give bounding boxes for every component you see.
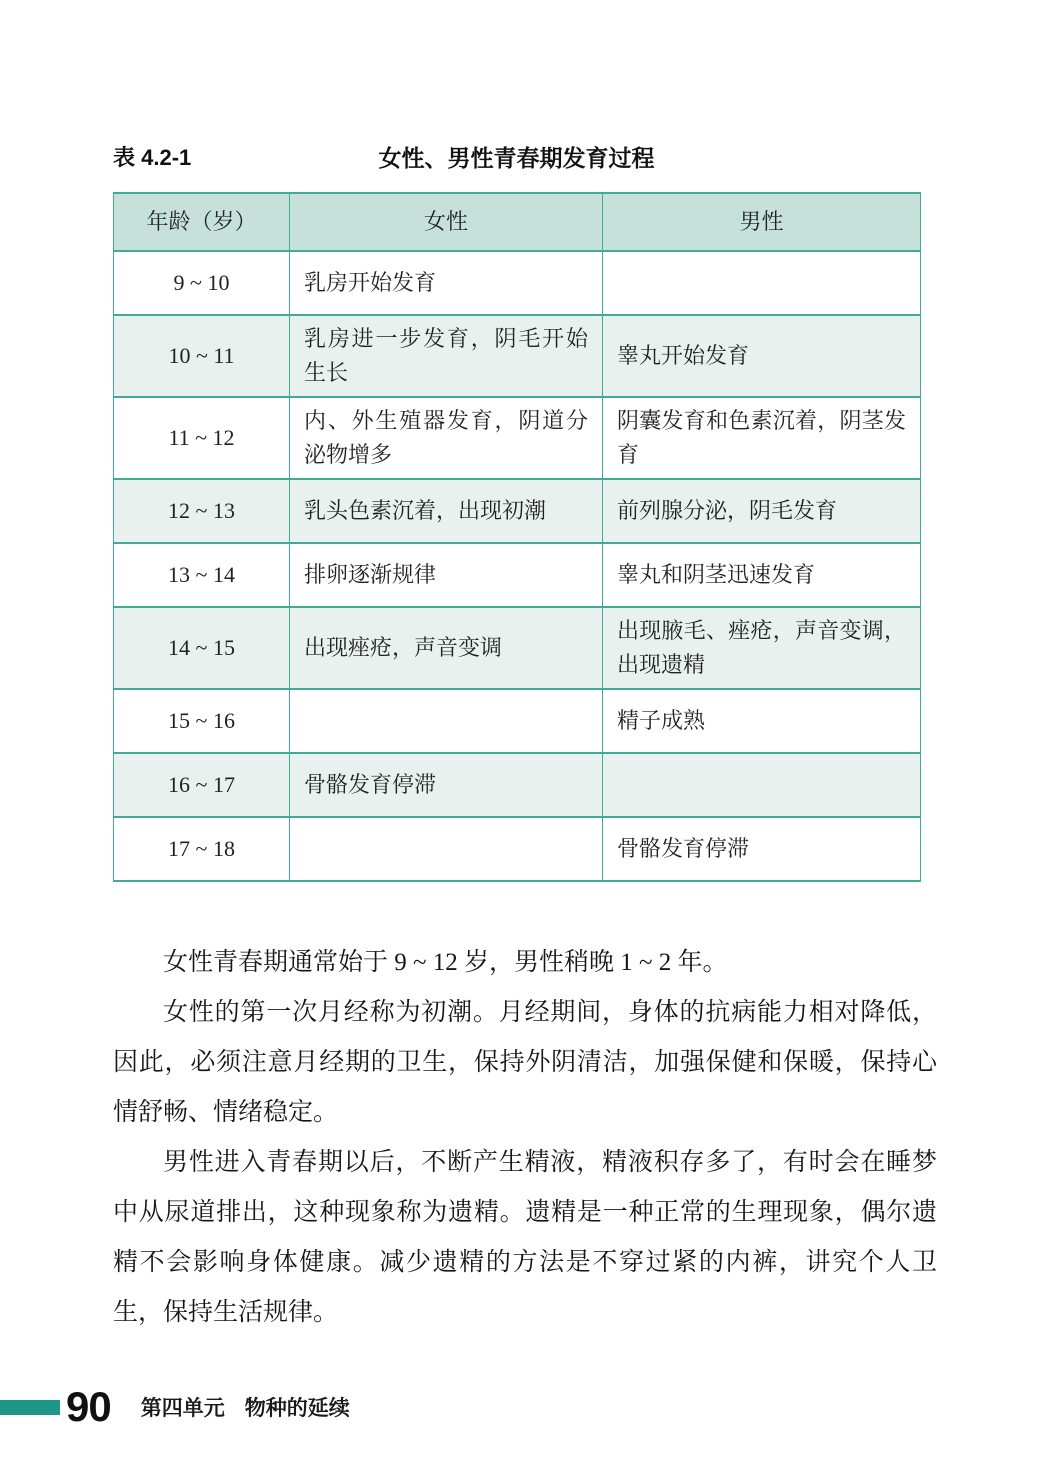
header-age: 年龄（岁） xyxy=(114,193,290,251)
paragraph-nocturnal-emission: 男性进入青春期以后，不断产生精液，精液积存多了，有时会在睡梦中从尿道排出，这种现… xyxy=(113,1138,937,1338)
table-row: 13 ~ 14 排卵逐渐规律 睾丸和阴茎迅速发育 xyxy=(114,543,921,607)
table-row: 15 ~ 16 精子成熟 xyxy=(114,689,921,753)
table-label: 表 4.2-1 xyxy=(113,140,191,176)
table-row: 11 ~ 12 内、外生殖器发育，阴道分泌物增多 阴囊发育和色素沉着，阴茎发育 xyxy=(114,397,921,479)
male-cell: 前列腺分泌，阴毛发育 xyxy=(603,479,921,543)
paragraph-puberty-onset: 女性青春期通常始于 9 ~ 12 岁，男性稍晚 1 ~ 2 年。 xyxy=(113,938,937,988)
footer-chapter-label: 物种的延续 xyxy=(245,1392,350,1422)
female-cell: 骨骼发育停滞 xyxy=(290,753,603,817)
female-cell: 乳房进一步发育，阴毛开始生长 xyxy=(290,315,603,397)
footer-caption: 第四单元 物种的延续 xyxy=(141,1392,350,1422)
female-cell xyxy=(290,689,603,753)
age-cell: 13 ~ 14 xyxy=(114,543,290,607)
female-cell: 内、外生殖器发育，阴道分泌物增多 xyxy=(290,397,603,479)
female-cell xyxy=(290,817,603,881)
age-cell: 10 ~ 11 xyxy=(114,315,290,397)
age-cell: 15 ~ 16 xyxy=(114,689,290,753)
header-female: 女性 xyxy=(290,193,603,251)
age-cell: 16 ~ 17 xyxy=(114,753,290,817)
male-cell xyxy=(603,251,921,315)
page-content: 表 4.2-1 女性、男性青春期发育过程 年龄（岁） 女性 男性 9 ~ 10 … xyxy=(113,140,937,1338)
male-cell: 出现腋毛、痤疮，声音变调，出现遗精 xyxy=(603,607,921,689)
table-row: 14 ~ 15 出现痤疮，声音变调 出现腋毛、痤疮，声音变调，出现遗精 xyxy=(114,607,921,689)
header-male: 男性 xyxy=(603,193,921,251)
page-footer: 90 第四单元 物种的延续 xyxy=(0,1383,1048,1431)
female-cell: 乳房开始发育 xyxy=(290,251,603,315)
paragraph-menarche: 女性的第一次月经称为初潮。月经期间，身体的抗病能力相对降低，因此，必须注意月经期… xyxy=(113,988,937,1138)
footer-unit-label: 第四单元 xyxy=(141,1392,225,1422)
puberty-development-table: 年龄（岁） 女性 男性 9 ~ 10 乳房开始发育 10 ~ 11 乳房进一步发… xyxy=(113,192,921,882)
footer-accent-bar xyxy=(0,1400,60,1415)
male-cell: 阴囊发育和色素沉着，阴茎发育 xyxy=(603,397,921,479)
table-caption-row: 表 4.2-1 女性、男性青春期发育过程 xyxy=(113,140,920,176)
table-row: 10 ~ 11 乳房进一步发育，阴毛开始生长 睾丸开始发育 xyxy=(114,315,921,397)
male-cell: 精子成熟 xyxy=(603,689,921,753)
page-number: 90 xyxy=(66,1386,111,1428)
female-cell: 出现痤疮，声音变调 xyxy=(290,607,603,689)
table-row: 12 ~ 13 乳头色素沉着，出现初潮 前列腺分泌，阴毛发育 xyxy=(114,479,921,543)
table-row: 17 ~ 18 骨骼发育停滞 xyxy=(114,817,921,881)
male-cell: 睾丸开始发育 xyxy=(603,315,921,397)
table-row: 16 ~ 17 骨骼发育停滞 xyxy=(114,753,921,817)
table-row: 9 ~ 10 乳房开始发育 xyxy=(114,251,921,315)
male-cell xyxy=(603,753,921,817)
table-title: 女性、男性青春期发育过程 xyxy=(113,140,920,176)
female-cell: 排卵逐渐规律 xyxy=(290,543,603,607)
age-cell: 11 ~ 12 xyxy=(114,397,290,479)
age-cell: 12 ~ 13 xyxy=(114,479,290,543)
age-cell: 14 ~ 15 xyxy=(114,607,290,689)
age-cell: 9 ~ 10 xyxy=(114,251,290,315)
male-cell: 骨骼发育停滞 xyxy=(603,817,921,881)
male-cell: 睾丸和阴茎迅速发育 xyxy=(603,543,921,607)
female-cell: 乳头色素沉着，出现初潮 xyxy=(290,479,603,543)
age-cell: 17 ~ 18 xyxy=(114,817,290,881)
body-text: 女性青春期通常始于 9 ~ 12 岁，男性稍晚 1 ~ 2 年。 女性的第一次月… xyxy=(113,938,937,1338)
table-header-row: 年龄（岁） 女性 男性 xyxy=(114,193,921,251)
